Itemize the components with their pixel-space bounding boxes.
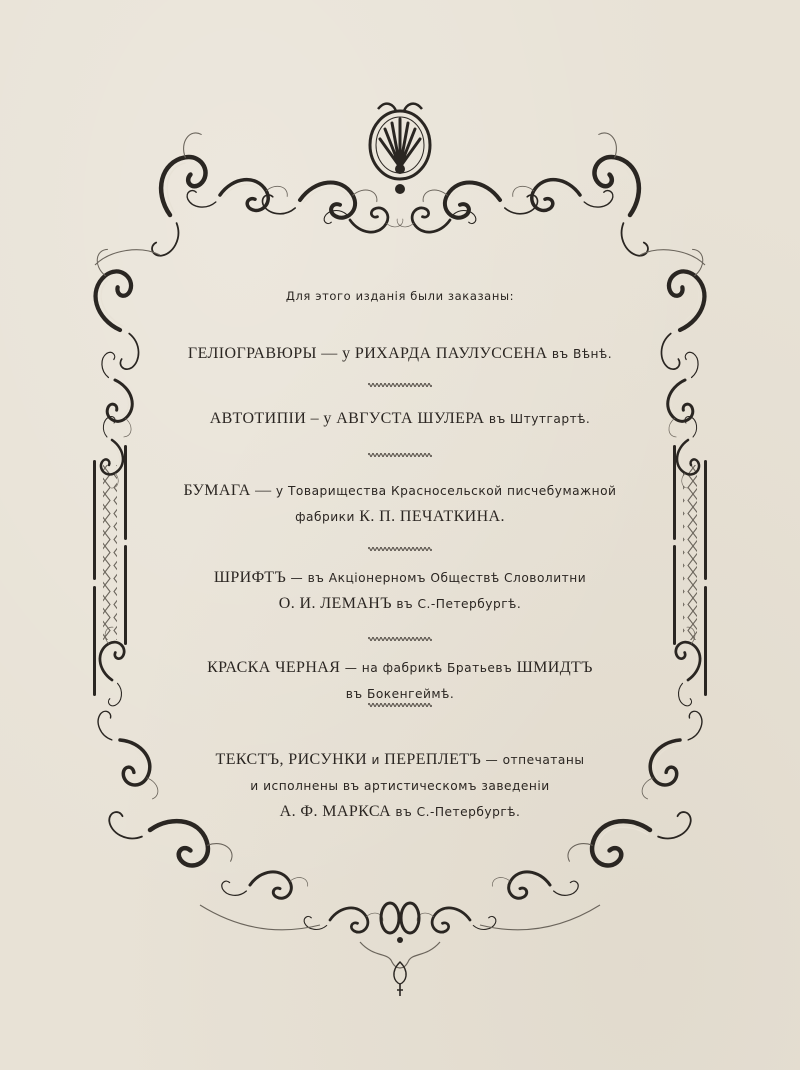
credit-line: О. И. ЛЕМАНЪ въ С.-Петербургѣ. — [150, 591, 650, 617]
top-medallion — [370, 104, 430, 194]
credit-text: у Товарищества Красносельской писчебумаж… — [276, 484, 617, 498]
credit-name: ШМИДТЪ — [517, 659, 593, 676]
credit-text: въ С.-Петербургѣ. — [391, 805, 520, 819]
bottom-medallion — [360, 903, 440, 996]
credit-entry: ГЕЛІОГРАВЮРЫ — у РИХАРДА ПАУЛУССЕНА въ В… — [150, 341, 650, 367]
wavy-divider-icon — [368, 635, 432, 643]
credit-name: БУМАГА — — [184, 482, 276, 499]
credit-line: БУМАГА — у Товарищества Красносельской п… — [150, 478, 650, 504]
credit-line: ШРИФТЪ — въ Акціонерномъ Обществѣ Словол… — [150, 565, 650, 591]
credit-entry: ШРИФТЪ — въ Акціонерномъ Обществѣ Словол… — [150, 565, 650, 617]
credit-text: — отпечатаны — [481, 753, 584, 767]
credit-text: и исполнены въ артистическомъ заведеніи — [250, 779, 549, 793]
credit-entry: АВТОТИПІИ – у АВГУСТА ШУЛЕРА въ Штутгарт… — [150, 406, 650, 432]
credit-line: КРАСКА ЧЕРНАЯ — на фабрикѣ Братьевъ ШМИД… — [150, 655, 650, 681]
credit-name: О. И. ЛЕМАНЪ — [279, 595, 392, 612]
credit-name: АВТОТИПІИ – у АВГУСТА ШУЛЕРА — [210, 410, 485, 427]
intro-text: Для этого изданія были заказаны: — [150, 289, 650, 303]
credit-entry: БУМАГА — у Товарищества Красносельской п… — [150, 478, 650, 530]
wavy-divider-icon — [368, 701, 432, 709]
credit-line: и исполнены въ артистическомъ заведеніи — [150, 773, 650, 799]
credit-line: АВТОТИПІИ – у АВГУСТА ШУЛЕРА въ Штутгарт… — [150, 406, 650, 432]
wavy-divider-icon — [368, 451, 432, 459]
credit-text: въ Вѣнѣ. — [547, 347, 612, 361]
book-page: Для этого изданія были заказаны: ГЕЛІОГР… — [0, 0, 800, 1070]
credit-name: ГЕЛІОГРАВЮРЫ — у РИХАРДА ПАУЛУССЕНА — [188, 345, 548, 362]
credit-entry: ТЕКСТЪ, РИСУНКИ и ПЕРЕПЛЕТЪ — отпечатаны… — [150, 747, 650, 825]
credit-line: А. Ф. МАРКСА въ С.-Петербургѣ. — [150, 799, 650, 825]
credit-line: ТЕКСТЪ, РИСУНКИ и ПЕРЕПЛЕТЪ — отпечатаны — [150, 747, 650, 773]
credit-name: А. Ф. МАРКСА — [280, 803, 391, 820]
credit-name: ТЕКСТЪ, РИСУНКИ — [216, 751, 368, 768]
ornamental-frame-icon — [0, 0, 800, 1070]
credit-text: — на фабрикѣ Братьевъ — [340, 661, 516, 675]
credit-text: фабрики — [295, 510, 359, 524]
credit-name: К. П. ПЕЧАТКИНА. — [359, 508, 505, 525]
credit-name: ШРИФТЪ — [214, 569, 286, 586]
credit-text: и — [367, 753, 384, 767]
credit-name: ПЕРЕПЛЕТЪ — [384, 751, 481, 768]
credit-text: въ С.-Петербургѣ. — [392, 597, 521, 611]
credit-line: ГЕЛІОГРАВЮРЫ — у РИХАРДА ПАУЛУССЕНА въ В… — [150, 341, 650, 367]
credit-name: КРАСКА ЧЕРНАЯ — [207, 659, 340, 676]
credit-line: фабрики К. П. ПЕЧАТКИНА. — [150, 504, 650, 530]
wavy-divider-icon — [368, 545, 432, 553]
credit-entry: КРАСКА ЧЕРНАЯ — на фабрикѣ Братьевъ ШМИД… — [150, 655, 650, 707]
credit-text: — въ Акціонерномъ Обществѣ Словолитни — [286, 571, 586, 585]
credit-text: въ Штутгартѣ. — [485, 412, 591, 426]
credit-text: въ Бокенгеймѣ. — [346, 687, 454, 701]
wavy-divider-icon — [368, 381, 432, 389]
